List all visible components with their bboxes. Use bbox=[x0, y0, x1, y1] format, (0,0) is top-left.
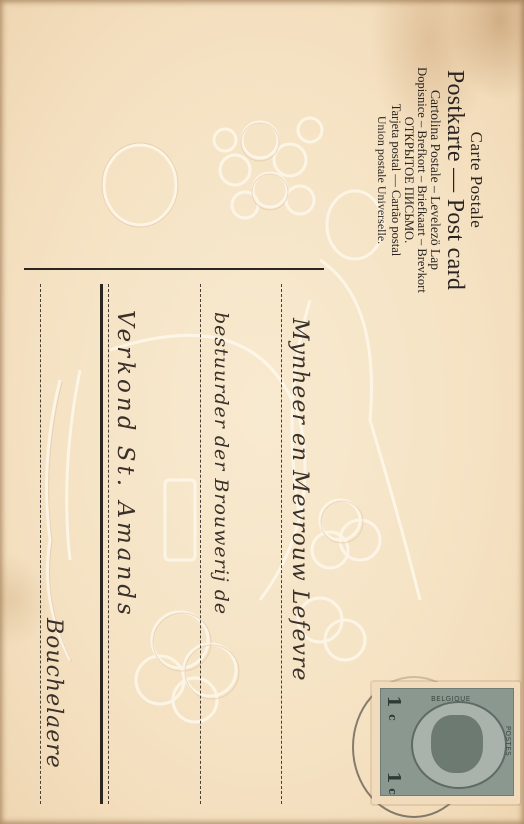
stamp-unit-bottom: c bbox=[386, 788, 399, 795]
address-line-1 bbox=[281, 284, 282, 804]
stamp-country: BELGIQUE bbox=[431, 695, 471, 703]
stamp-label: POSTES bbox=[504, 726, 512, 756]
handwritten-address-line-2: bestuurder der Brouwerij de bbox=[210, 312, 232, 615]
handwritten-address-line-1: Mynheer en Mevrouw Lefevre bbox=[287, 318, 312, 682]
handwritten-address-line-3: Verkond St. Amands bbox=[112, 310, 138, 619]
coat-of-arms-icon bbox=[431, 715, 483, 773]
header-line-it-hu: Cartolina Postale – Levelezö Lap bbox=[428, 20, 442, 340]
header-title-fr: Carte Postale bbox=[467, 20, 485, 340]
header-line-ru: ОТКРЫТОЕ ПИСЬМО. bbox=[402, 20, 415, 340]
stamp-unit-top: c bbox=[386, 714, 399, 721]
address-line-2 bbox=[200, 284, 201, 804]
address-line-3 bbox=[108, 284, 109, 804]
header-title-main: Postkarte — Post card bbox=[442, 20, 467, 340]
header-line-upu: Union postale Universelle. bbox=[376, 20, 389, 340]
header-line-multilang: Dopisnice – Brefkort – Briefkaart – Brev… bbox=[415, 20, 428, 340]
handwritten-address-line-4: Bouchelaere bbox=[41, 618, 66, 769]
stamp-value-bottom: 1 bbox=[383, 771, 404, 784]
header-line-es-pt: Tarjeta postal — Cartão postal bbox=[388, 20, 401, 340]
postcard-back: Carte Postale Postkarte — Post card Cart… bbox=[0, 0, 524, 824]
postage-stamp: 1 c 1 c BELGIQUE POSTES bbox=[372, 682, 520, 804]
stamp-frame: 1 c 1 c BELGIQUE POSTES bbox=[380, 688, 514, 796]
stamp-value-top: 1 bbox=[383, 695, 404, 708]
message-divider-line bbox=[24, 268, 324, 270]
address-underline-bar bbox=[100, 284, 103, 804]
